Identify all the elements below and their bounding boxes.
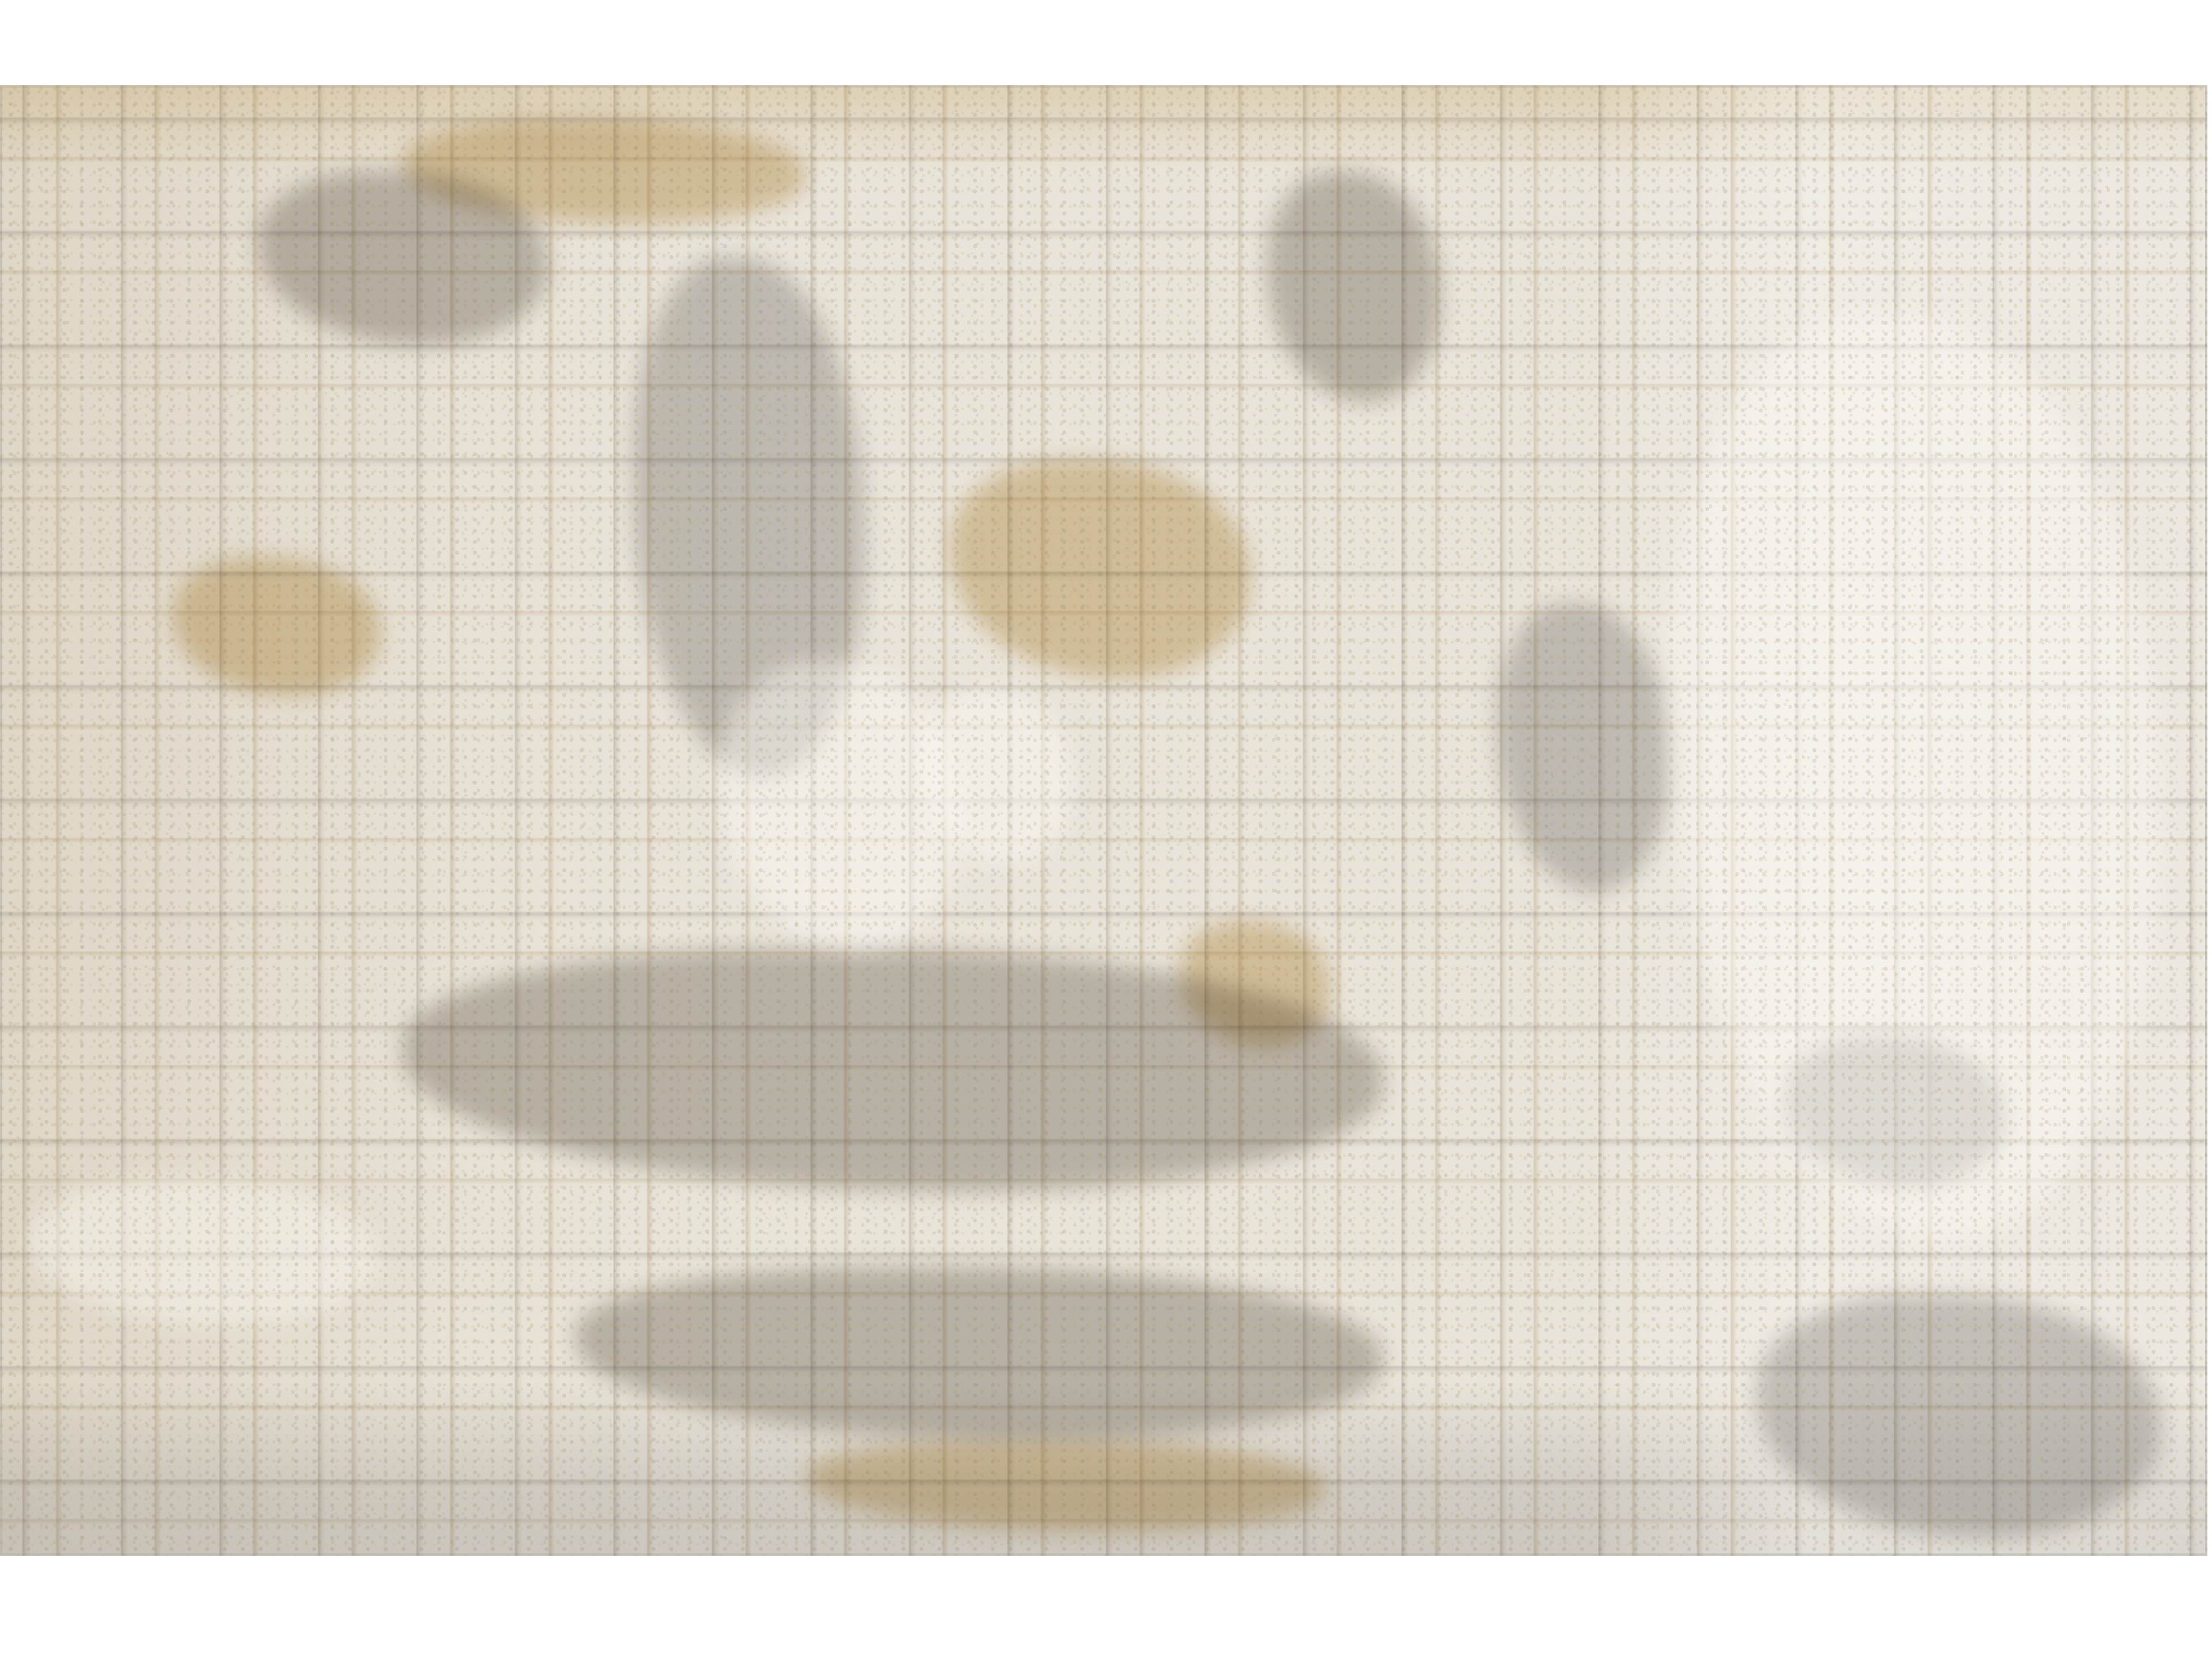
rug-speckle-texture bbox=[0, 85, 2207, 1556]
rug-photo bbox=[0, 85, 2207, 1556]
